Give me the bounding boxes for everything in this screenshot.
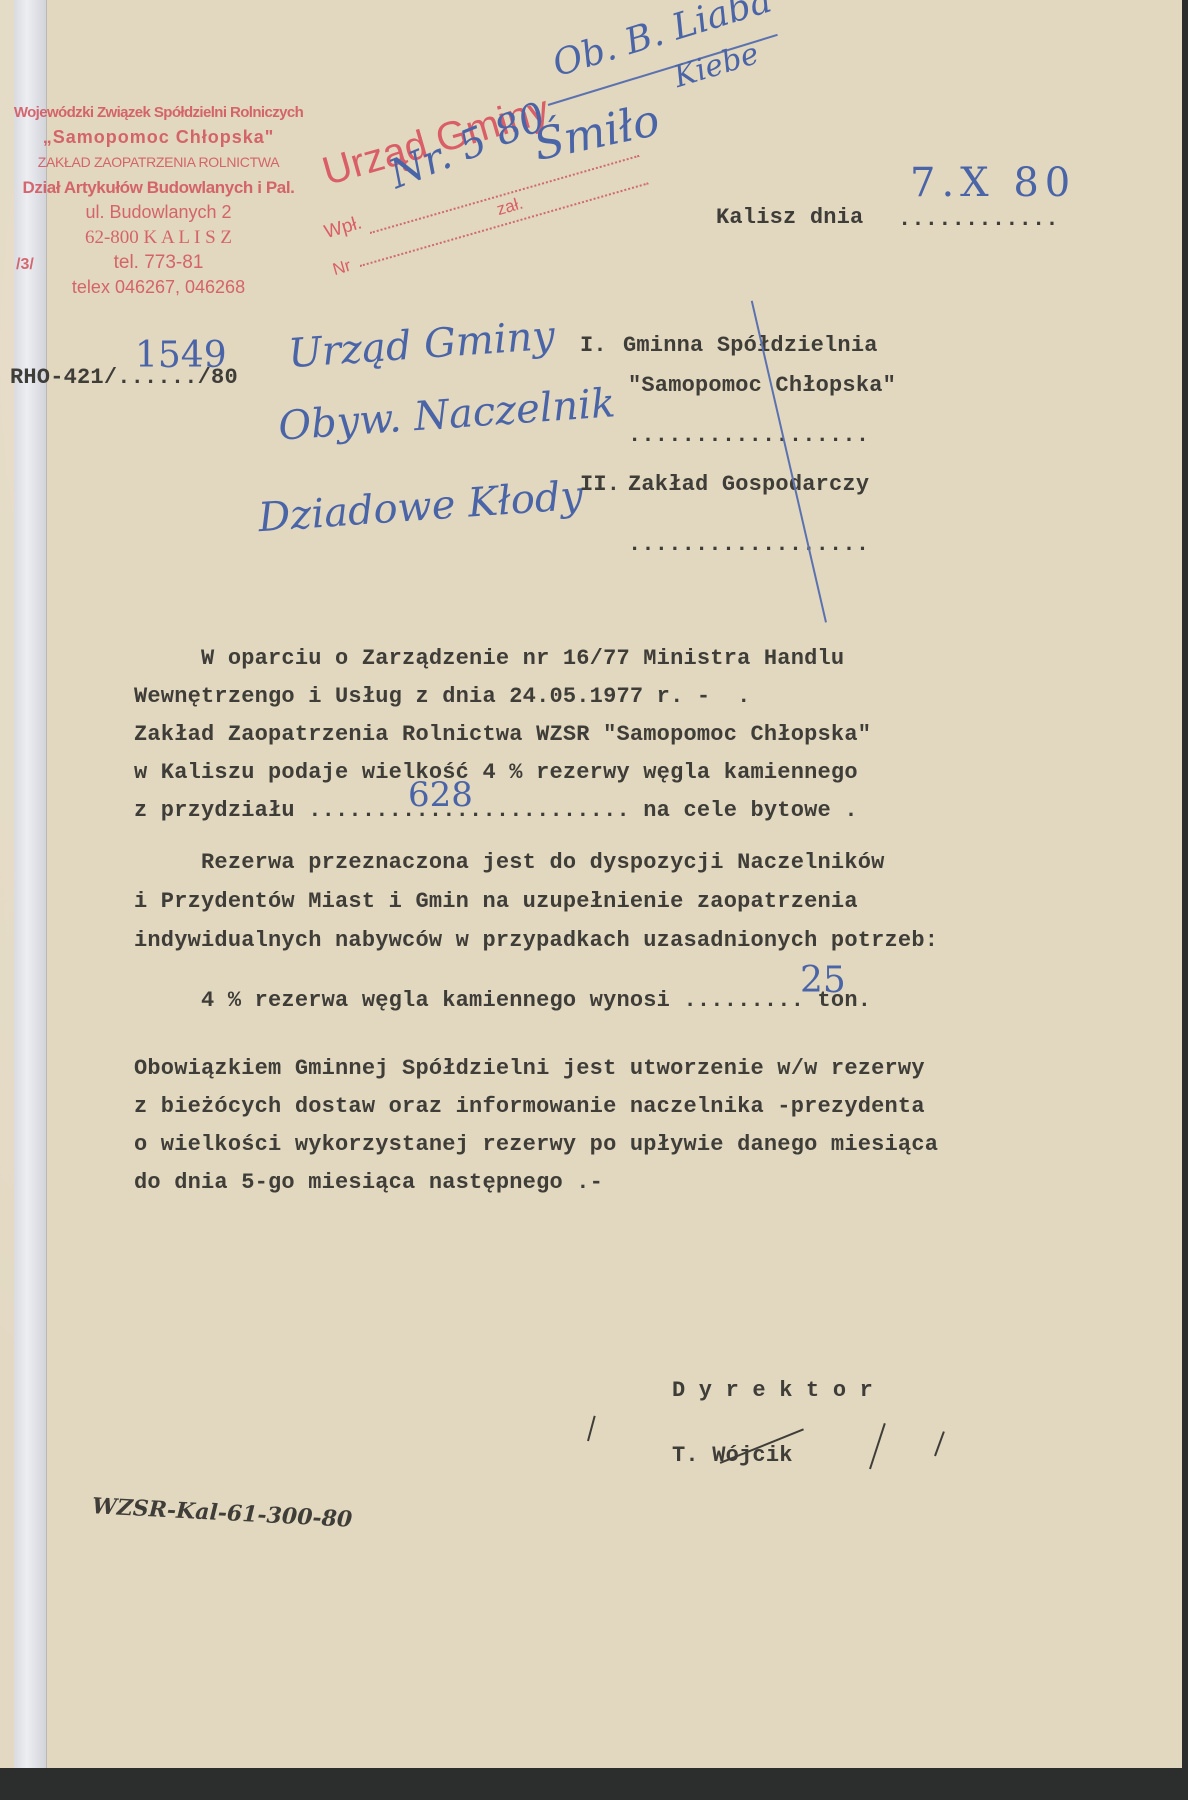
body-paragraph-2: Rezerwa przeznaczona jest do dyspozycji … [134,843,938,960]
body-line: o wielkości wykorzystanej rezerwy po upł… [134,1126,938,1164]
place-date-label: Kalisz dnia [716,205,863,230]
stamp-line: tel. 773-81 [6,250,311,275]
stamp-line: 62-800 K A L I S Z [6,225,311,250]
body-paragraph-3: Obowiązkiem Gminnej Spółdzielni jest utw… [134,1050,938,1202]
body-line: Zakład Zaopatrzenia Rolnictwa WZSR "Samo… [134,716,871,754]
reference-prefix: RHO-421/ [10,365,117,390]
body-paragraph-1: W oparciu o Zarządzenie nr 16/77 Ministr… [134,640,871,830]
stamp-mark: /3/ [16,252,34,277]
stamp-line: „Samopomoc Chłopska" [6,125,311,150]
body-line: Obowiązkiem Gminnej Spółdzielni jest utw… [134,1050,938,1088]
addressee-1-line2: "Samopomoc Chłopska" [628,373,896,398]
signature-name: T. Wójcik [672,1443,793,1468]
body-line: Rezerwa przeznaczona jest do dyspozycji … [134,843,938,882]
stamp-line: Dział Artykułów Budowlanych i Pal. [6,175,311,200]
addressee-1-line1: Gminna Spółdzielnia [623,333,878,358]
addressee-1-number: I. [580,333,607,358]
signature-title: D y r e k t o r [672,1378,873,1403]
stamp-line: ZAKŁAD ZAOPATRZENIA ROLNICTWA [6,150,311,175]
stamp-line: ul. Budowlanych 2 [6,200,311,225]
scan-edge-right [1182,0,1188,1800]
body-line: indywidualnych nabywców w przypadkach uz… [134,921,938,960]
handwritten-allocation: 628 [408,775,473,815]
addressee-2-number: II. [580,472,620,497]
place-date-dots: ............ [898,207,1059,232]
scan-edge-bottom [0,1768,1188,1800]
handwritten-reserve-tons: 25 [800,960,846,1001]
body-line: do dnia 5-go miesiąca następnego .- [134,1164,938,1202]
sender-stamp: Wojewódzki Związek Spółdzielni Rolniczyc… [6,100,311,300]
reserve-amount-line: 4 % rezerwa węgla kamiennego wynosi ....… [134,988,871,1013]
body-line: w Kaliszu podaje wielkość 4 % rezerwy wę… [134,754,871,792]
body-line: Wewnętrzengo i Usług z dnia 24.05.1977 r… [134,678,871,716]
body-line: W oparciu o Zarządzenie nr 16/77 Ministr… [134,640,871,678]
handwritten-date: 7.X 80 [910,160,1076,206]
addressee-1-dots: .................. [628,423,869,448]
addressee-2-dots: .................. [628,532,869,557]
stamp-line: Wojewódzki Związek Spółdzielni Rolniczyc… [6,100,311,125]
body-line: z bieżócych dostaw oraz informowanie nac… [134,1088,938,1126]
body-line: i Przydentów Miast i Gmin na uzupełnieni… [134,882,938,921]
stamp-line: telex 046267, 046268 [6,275,311,300]
addressee-2-line1: Zakład Gospodarczy [628,472,869,497]
handwritten-reference-number: 1549 [135,335,227,376]
body-line: z przydziału ........................ na… [134,792,871,830]
